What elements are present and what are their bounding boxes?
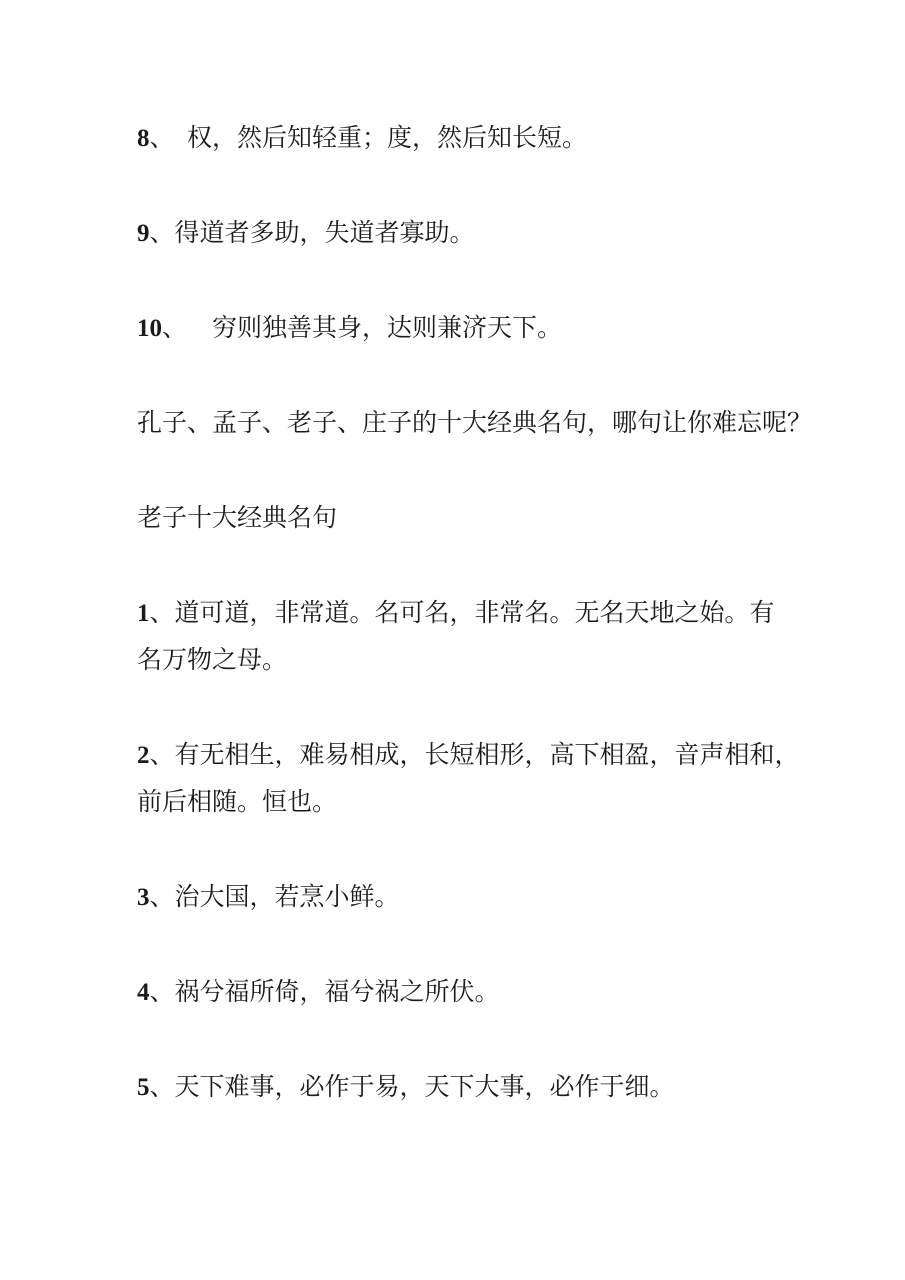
list-separator: 、: [150, 125, 175, 152]
list-separator: 、: [150, 884, 175, 911]
list-separator: 、: [150, 979, 175, 1006]
line-text: 治大国，若烹小鲜。: [175, 884, 400, 911]
list-number: 5: [137, 1074, 150, 1101]
list-item-1: 1、道可道，非常道。名可名，非常名。无名天地之始。有 名万物之母。: [137, 590, 849, 684]
text-line: 5、天下难事，必作于易，天下大事，必作于细。: [137, 1064, 849, 1111]
list-number: 8: [137, 125, 150, 152]
list-separator: 、: [150, 600, 175, 627]
text-line: 9、得道者多助，失道者寡助。: [137, 210, 849, 257]
line-text: 祸兮福所倚，福兮祸之所伏。: [175, 979, 500, 1006]
list-number: 2: [137, 742, 150, 769]
line-text: 穷则独善其身，达则兼济天下。: [187, 315, 562, 342]
text-line: 1、道可道，非常道。名可名，非常名。无名天地之始。有: [137, 590, 849, 637]
document-content: 8、 权，然后知轻重；度，然后知长短。 9、得道者多助，失道者寡助。 10、 穷…: [137, 115, 849, 1159]
line-text: 名万物之母。: [137, 647, 287, 674]
line-text: 得道者多助，失道者寡助。: [175, 220, 475, 247]
list-number: 9: [137, 220, 150, 247]
line-text: 权，然后知轻重；度，然后知长短。: [175, 125, 588, 152]
list-item-8: 8、 权，然后知轻重；度，然后知长短。: [137, 115, 849, 162]
text-line: 4、祸兮福所倚，福兮祸之所伏。: [137, 969, 849, 1016]
text-line: 10、 穷则独善其身，达则兼济天下。: [137, 305, 849, 352]
list-separator: 、: [150, 220, 175, 247]
section-title-laozi: 老子十大经典名句: [137, 495, 849, 542]
list-number: 3: [137, 884, 150, 911]
text-line: 名万物之母。: [137, 637, 849, 684]
list-number: 1: [137, 600, 150, 627]
intro-question-line: 孔子、孟子、老子、庄子的十大经典名句，哪句让你难忘呢？: [137, 400, 849, 447]
list-number: 10: [137, 315, 162, 342]
line-text: 道可道，非常道。名可名，非常名。无名天地之始。有: [175, 600, 775, 627]
text-line: 前后相随。恒也。: [137, 779, 849, 826]
list-item-9: 9、得道者多助，失道者寡助。: [137, 210, 849, 257]
list-item-5: 5、天下难事，必作于易，天下大事，必作于细。: [137, 1064, 849, 1111]
line-text: 前后相随。恒也。: [137, 789, 337, 816]
line-text: 天下难事，必作于易，天下大事，必作于细。: [175, 1074, 675, 1101]
list-separator: 、: [162, 315, 187, 342]
text-line: 8、 权，然后知轻重；度，然后知长短。: [137, 115, 849, 162]
list-item-2: 2、有无相生，难易相成，长短相形，高下相盈，音声相和， 前后相随。恒也。: [137, 732, 849, 826]
text-line: 孔子、孟子、老子、庄子的十大经典名句，哪句让你难忘呢？: [137, 400, 849, 447]
list-separator: 、: [150, 1074, 175, 1101]
list-item-3: 3、治大国，若烹小鲜。: [137, 874, 849, 921]
text-line: 老子十大经典名句: [137, 495, 849, 542]
text-line: 3、治大国，若烹小鲜。: [137, 874, 849, 921]
line-text: 老子十大经典名句: [137, 505, 337, 532]
list-item-10: 10、 穷则独善其身，达则兼济天下。: [137, 305, 849, 352]
list-separator: 、: [150, 742, 175, 769]
text-line: 2、有无相生，难易相成，长短相形，高下相盈，音声相和，: [137, 732, 849, 779]
line-text: 孔子、孟子、老子、庄子的十大经典名句，哪句让你难忘呢？: [137, 410, 812, 437]
document-page: 8、 权，然后知轻重；度，然后知长短。 9、得道者多助，失道者寡助。 10、 穷…: [0, 0, 905, 1280]
line-text: 有无相生，难易相成，长短相形，高下相盈，音声相和，: [175, 742, 800, 769]
list-item-4: 4、祸兮福所倚，福兮祸之所伏。: [137, 969, 849, 1016]
list-number: 4: [137, 979, 150, 1006]
